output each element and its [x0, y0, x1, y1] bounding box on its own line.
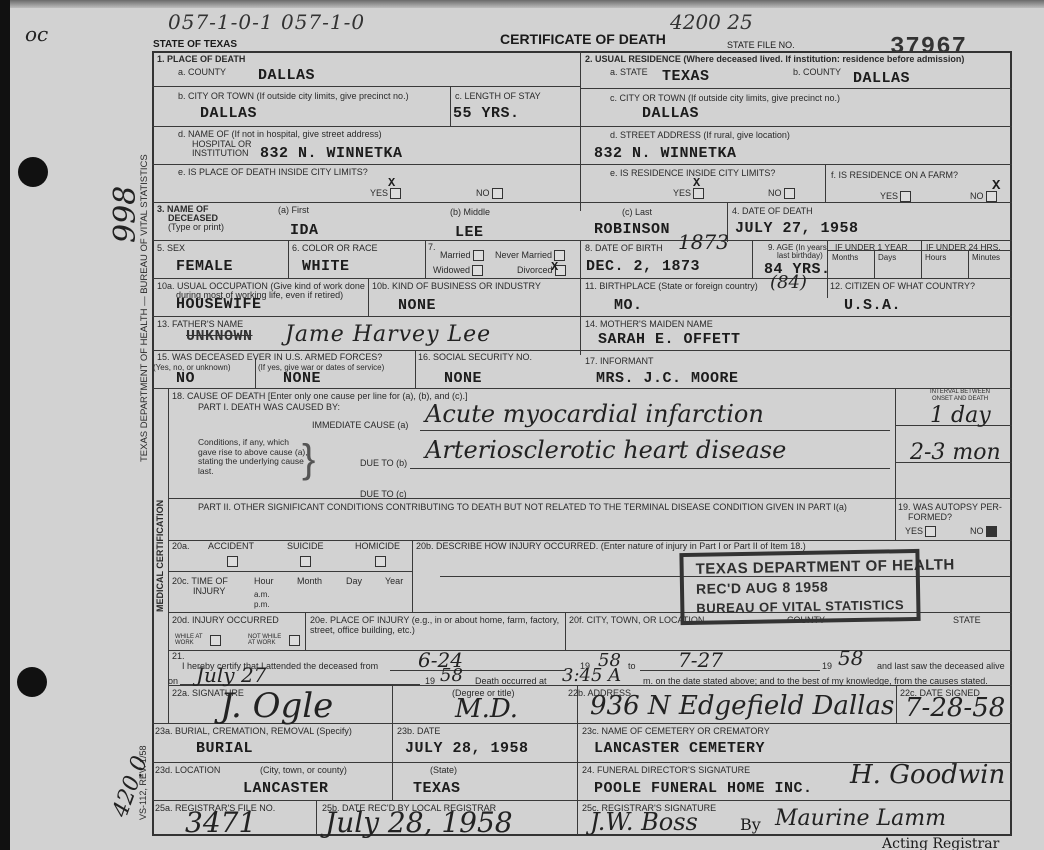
divider	[152, 164, 1012, 165]
immediate-cause-label: IMMEDIATE CAUSE (a)	[312, 420, 408, 430]
sex-value: FEMALE	[176, 258, 233, 275]
injury-occurred-label: 20d. INJURY OCCURRED	[172, 615, 279, 625]
degree-value: M.D.	[455, 694, 518, 724]
paper-top-edge	[0, 0, 1044, 8]
inside-limits-no[interactable]: NO	[476, 188, 503, 199]
citizen-value: U.S.A.	[844, 297, 901, 314]
while-at-work-label: WHILE AT WORK	[175, 634, 205, 646]
marital-divorced[interactable]: DivorcedX	[517, 265, 566, 276]
interval-label: INTERVAL BETWEEN ONSET AND DEATH	[920, 389, 1000, 403]
checkbox[interactable]	[492, 188, 503, 199]
death-city-value: DALLAS	[200, 105, 257, 122]
cemetery-value: LANCASTER CEMETERY	[594, 740, 765, 757]
checkbox[interactable]	[473, 250, 484, 261]
inside-limits-yes[interactable]: YESX	[370, 188, 401, 199]
registrar-date-value: July 28, 1958	[325, 806, 513, 839]
divider	[752, 240, 753, 278]
divider	[921, 240, 922, 278]
last-saw-year: 58	[440, 665, 463, 686]
stamp-line-2: REC'D AUG 8 1958	[696, 579, 828, 597]
divider	[305, 612, 306, 650]
received-stamp: TEXAS DEPARTMENT OF HEALTH REC'D AUG 8 1…	[679, 549, 920, 625]
ampm-label: a.m. p.m.	[254, 590, 276, 610]
divider	[825, 164, 826, 202]
under-24-hrs-label: IF UNDER 24 HRS.	[926, 242, 1001, 252]
divider	[152, 86, 580, 87]
divider	[255, 358, 256, 388]
stamp-line-1: TEXAS DEPARTMENT OF HEALTH	[696, 556, 955, 578]
divider	[415, 350, 416, 388]
residence-limits-no[interactable]: NO	[768, 188, 795, 199]
due-to-c-label: DUE TO (c)	[360, 489, 407, 499]
divider	[152, 388, 1012, 389]
ssn-value: NONE	[444, 370, 482, 387]
dob-correction: 1873	[678, 230, 729, 254]
last-saw-text: and last saw the deceased alive	[877, 661, 1005, 671]
farm-yes[interactable]: YES	[880, 191, 911, 202]
conditions-note: Conditions, if any, which gave rise to a…	[198, 438, 308, 476]
funeral-director-signature: H. Goodwin	[850, 760, 1005, 790]
punch-hole	[18, 157, 48, 187]
divider	[577, 685, 578, 835]
last-saw-date: July 27	[196, 663, 266, 687]
due-to-b-value: Arteriosclerotic heart disease	[425, 436, 786, 464]
divider	[168, 650, 1012, 651]
describe-injury-label: 20b. DESCRIBE HOW INJURY OCCURRED. (Ente…	[416, 541, 806, 551]
divider	[895, 388, 896, 540]
accident-checkbox[interactable]	[227, 556, 238, 567]
length-of-stay-label: c. LENGTH OF STAY	[455, 91, 541, 101]
disposition-date-label: 23b. DATE	[397, 726, 440, 736]
checkbox-checked[interactable]	[986, 526, 997, 537]
interval-a-value: 1 day	[930, 403, 991, 428]
disposition-value: BURIAL	[196, 740, 253, 757]
registrar-by-label: By	[740, 815, 761, 834]
last-name-label: (c) Last	[622, 207, 652, 217]
divider	[152, 350, 1012, 351]
homicide-label: HOMICIDE	[355, 541, 400, 551]
age-label-2: last birthday)	[777, 251, 823, 261]
divider	[450, 86, 451, 126]
certification-num: 21.	[172, 651, 185, 661]
certificate-title: CERTIFICATE OF DEATH	[500, 31, 666, 47]
month-label: Month	[297, 576, 322, 586]
acting-registrar-title: Acting Registrar	[882, 836, 999, 850]
divider	[152, 126, 1012, 127]
divider	[368, 278, 369, 316]
divider	[565, 612, 566, 650]
attended-to-year: 58	[838, 646, 863, 670]
divider	[580, 240, 581, 355]
farm-no[interactable]: NOX	[970, 191, 997, 202]
divider	[968, 250, 969, 278]
occupation-value: HOUSEWIFE	[176, 296, 262, 313]
suicide-checkbox[interactable]	[300, 556, 311, 567]
interval-b-value: 2-3 mon	[910, 440, 1001, 465]
autopsy-no[interactable]: NO	[970, 526, 997, 537]
armed-forces-value: NO	[176, 370, 195, 387]
physician-signature: J. Ogle	[220, 686, 333, 726]
birthplace-label: 11. BIRTHPLACE (State or foreign country…	[585, 281, 758, 291]
armed-forces-label: 15. WAS DECEASED EVER IN U.S. ARMED FORC…	[157, 352, 382, 362]
middle-name-value: LEE	[455, 224, 484, 241]
divider	[874, 250, 875, 278]
business-value: NONE	[398, 297, 436, 314]
state-label: STATE OF TEXAS	[153, 39, 237, 50]
first-name-value: IDA	[290, 222, 319, 239]
checkbox[interactable]	[784, 188, 795, 199]
not-while-at-work-label: NOT WHILE AT WORK	[248, 634, 288, 646]
brace: }	[302, 437, 315, 482]
acting-registrar-signature: Maurine Lamm	[775, 806, 946, 831]
binding-edge	[0, 0, 10, 850]
disposition-date-value: JULY 28, 1958	[405, 740, 529, 757]
residence-state-label: a. STATE	[610, 67, 648, 77]
informant-value: MRS. J.C. MOORE	[596, 370, 739, 387]
date-of-death-value: JULY 27, 1958	[735, 220, 859, 237]
immediate-cause-value: Acute myocardial infarction	[425, 400, 764, 428]
autopsy-yes[interactable]: YES	[905, 526, 936, 537]
father-name-value: Jame Harvey Lee	[285, 322, 491, 347]
accident-label: ACCIDENT	[208, 541, 254, 551]
place-of-injury-label: 20e. PLACE OF INJURY (e.g., in or about …	[310, 615, 560, 635]
age-correction: (84)	[770, 272, 807, 293]
county-label: a. COUNTY	[178, 67, 226, 77]
attended-to-value: 7-27	[678, 648, 723, 672]
business-label: 10b. KIND OF BUSINESS OR INDUSTRY	[372, 281, 541, 291]
funeral-director-label: 24. FUNERAL DIRECTOR'S SIGNATURE	[582, 765, 750, 775]
divider	[152, 278, 1012, 279]
days-label: Days	[878, 253, 896, 263]
cause-line	[420, 430, 890, 431]
due-to-b-label: DUE TO (b)	[360, 458, 407, 468]
residence-state-value: TEXAS	[662, 68, 710, 85]
first-name-label: (a) First	[278, 205, 309, 215]
armed-forces-sub2: (If yes, give war or dates of service)	[258, 363, 384, 373]
usual-residence-label: 2. USUAL RESIDENCE (Where deceased lived…	[585, 54, 964, 64]
location-label: 23d. LOCATION	[155, 765, 220, 775]
divider	[152, 240, 1012, 241]
autopsy-label: 19. WAS AUTOPSY PER-	[898, 502, 1002, 512]
registrar-signature: J.W. Boss	[590, 808, 698, 836]
suicide-label: SUICIDE	[287, 541, 324, 551]
mother-name-label: 14. MOTHER'S MAIDEN NAME	[585, 319, 713, 329]
citizen-label: 12. CITIZEN OF WHAT COUNTRY?	[830, 281, 975, 291]
residence-county-value: DALLAS	[853, 70, 910, 87]
part-one-label: PART I. DEATH WAS CAUSED BY:	[198, 402, 340, 412]
checkbox[interactable]	[900, 191, 911, 202]
autopsy-label-2: FORMED?	[908, 512, 952, 522]
divider	[316, 800, 317, 835]
disposition-label: 23a. BURIAL, CREMATION, REMOVAL (Specify…	[155, 726, 352, 736]
birthplace-value: MO.	[614, 297, 643, 314]
checkbox[interactable]	[472, 265, 483, 276]
cause-line	[410, 498, 895, 499]
marital-widowed[interactable]: Widowed	[433, 265, 483, 276]
day-label: Day	[346, 576, 362, 586]
under-one-year-label: IF UNDER 1 YEAR	[835, 242, 908, 252]
divider	[580, 51, 581, 211]
injury-state-label: STATE	[953, 615, 981, 625]
last-name-value: ROBINSON	[594, 221, 670, 238]
dob-label: 8. DATE OF BIRTH	[585, 243, 663, 253]
year-label: Year	[385, 576, 403, 586]
punch-hole	[17, 667, 47, 697]
location-city-value: LANCASTER	[243, 780, 329, 797]
location-state-label: (State)	[430, 765, 457, 775]
race-label: 6. COLOR OR RACE	[292, 243, 378, 253]
divider	[896, 685, 897, 723]
residence-city-label: c. CITY OR TOWN (If outside city limits,…	[610, 93, 840, 103]
sex-label: 5. SEX	[157, 243, 185, 253]
ssn-label: 16. SOCIAL SECURITY NO.	[418, 352, 532, 362]
informant-label: 17. INFORMANT	[585, 356, 654, 366]
deceased-name-label-3: (Type or print)	[168, 222, 224, 232]
date-of-death-label: 4. DATE OF DEATH	[732, 206, 813, 216]
hospital-value: 832 N. WINNETKA	[260, 145, 403, 162]
state-file-label: STATE FILE NO.	[727, 40, 795, 50]
street-address-label: d. STREET ADDRESS (If rural, give locati…	[610, 130, 790, 140]
marital-married[interactable]: Married	[440, 250, 484, 261]
death-county-value: DALLAS	[258, 67, 315, 84]
margin-number: 998	[108, 186, 143, 243]
marital-status-label: 7.	[428, 242, 436, 252]
divider	[168, 571, 412, 572]
location-state-value: TEXAS	[413, 780, 461, 797]
farm-label: f. IS RESIDENCE ON A FARM?	[831, 170, 958, 180]
middle-name-label: (b) Middle	[450, 207, 490, 217]
dob-value: DEC. 2, 1873	[586, 258, 700, 275]
inside-city-limits-label: e. IS PLACE OF DEATH INSIDE CITY LIMITS?	[178, 167, 368, 177]
armed-service-value: NONE	[283, 370, 321, 387]
part-two-label: PART II. OTHER SIGNIFICANT CONDITIONS CO…	[198, 502, 847, 512]
residence-limits-yes[interactable]: YESX	[673, 188, 704, 199]
divider	[580, 88, 1012, 89]
divider	[168, 388, 169, 723]
time-of-injury-label-2: INJURY	[193, 586, 225, 596]
homicide-checkbox[interactable]	[375, 556, 386, 567]
months-label: Months	[832, 253, 858, 263]
minutes-label: Minutes	[972, 253, 1000, 263]
handwritten-file-codes: 057-1-0-1 057-1-0	[168, 10, 365, 34]
injury-num-label: 20a.	[172, 541, 190, 551]
cause-label: 18. CAUSE OF DEATH [Enter only one cause…	[172, 391, 467, 401]
hospital-label-3: INSTITUTION	[192, 148, 249, 158]
divider	[152, 202, 1012, 203]
place-of-death-label: 1. PLACE OF DEATH	[157, 54, 245, 64]
divider	[425, 240, 426, 278]
mother-name-value: SARAH E. OFFETT	[598, 331, 741, 348]
divider	[152, 316, 1012, 317]
hospital-label: d. NAME OF (If not in hospital, give str…	[178, 129, 382, 139]
race-value: WHITE	[302, 258, 350, 275]
certify-text-end: m. on the date stated above; and to the …	[643, 676, 988, 686]
divider	[152, 800, 1012, 801]
cemetery-label: 23c. NAME OF CEMETERY OR CREMATORY	[582, 726, 770, 736]
location-city-label: (City, town, or county)	[260, 765, 347, 775]
cause-line	[410, 468, 890, 469]
death-occurred-label: Death occurred at	[475, 676, 547, 686]
on-label: on	[168, 676, 178, 686]
checkbox[interactable]	[925, 526, 936, 537]
handwritten-code-mid: 4200 25	[670, 10, 753, 34]
hour-label: Hour	[254, 576, 274, 586]
margin-initials: oc	[25, 22, 48, 46]
divider	[288, 240, 289, 278]
divider	[392, 685, 393, 800]
date-signed-value: 7-28-58	[905, 693, 1005, 723]
funeral-home-value: POOLE FUNERAL HOME INC.	[594, 780, 813, 797]
father-name-struck: UNKNOWN	[186, 328, 253, 345]
street-address-value: 832 N. WINNETKA	[594, 145, 737, 162]
hours-label: Hours	[925, 253, 946, 263]
city-label: b. CITY OR TOWN (If outside city limits,…	[178, 91, 409, 101]
death-time-value: 3:45 A	[562, 665, 621, 686]
physician-address: 936 N Edgefield Dallas	[590, 691, 894, 721]
to-label: to	[628, 661, 636, 671]
from-line	[390, 670, 565, 671]
residence-city-value: DALLAS	[642, 105, 699, 122]
divider	[412, 540, 413, 612]
residence-county-label: b. COUNTY	[793, 67, 841, 77]
time-of-injury-label: 20c. TIME OF	[172, 576, 228, 586]
registrar-file-value: 3471	[185, 806, 256, 839]
to-line	[640, 670, 820, 671]
length-of-stay-value: 55 YRS.	[453, 105, 520, 122]
not-while-at-work-checkbox[interactable]	[289, 635, 300, 646]
stamp-line-3: BUREAU OF VITAL STATISTICS	[696, 597, 904, 616]
while-at-work-checkbox[interactable]	[210, 635, 221, 646]
